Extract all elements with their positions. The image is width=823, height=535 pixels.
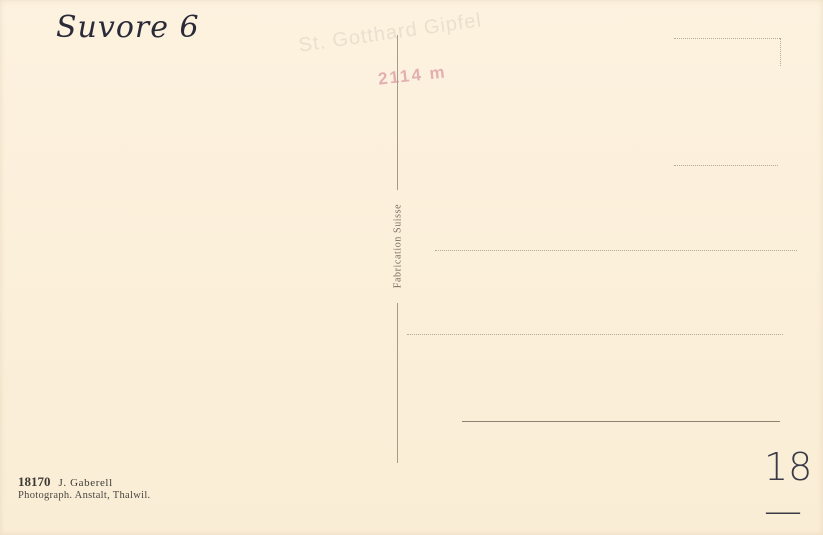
postcard-back: Suvore 6 St. Gotthard Gipfel 2114 m Fabr… <box>0 0 823 535</box>
fabrication-text: Fabrication Suisse <box>393 204 404 288</box>
address-line-3 <box>407 334 783 335</box>
card-number: 18170 <box>18 474 51 489</box>
publisher-address: Photograph. Anstalt, Thalwil. <box>18 490 150 501</box>
address-line-1 <box>674 165 778 166</box>
address-line-4 <box>462 421 780 422</box>
center-divider-bottom <box>397 303 398 463</box>
handwritten-note: Suvore 6 <box>56 10 200 45</box>
handwritten-price: 18— <box>764 445 823 533</box>
center-divider-top <box>397 35 398 190</box>
publisher-imprint: 18170J. Gaberell <box>18 474 113 490</box>
stamp-box-outline-right <box>780 38 781 66</box>
address-line-2 <box>435 250 797 251</box>
divider-label: Fabrication Suisse <box>388 190 408 302</box>
stamp-box-outline-top <box>674 38 780 39</box>
publisher-name: J. Gaberell <box>59 477 113 489</box>
